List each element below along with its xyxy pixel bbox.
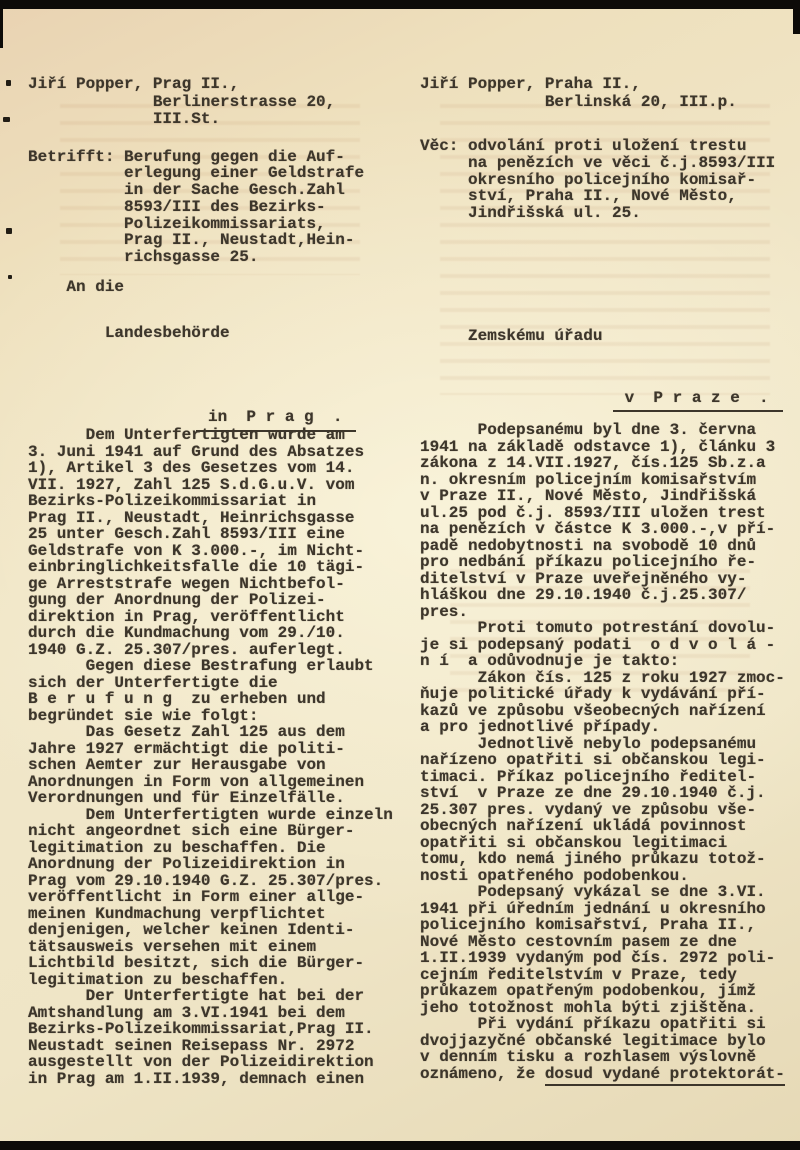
body-text-german: Dem Unterfertigten wurde am 3. Juni 1941… [28,427,400,1087]
place-heading-czech-wrap: v P r a z e . [420,372,798,394]
ink-mark [3,117,10,122]
scanned-document-page: Jiří Popper, Prag II., Berlinerstrasse 2… [0,0,800,1150]
subject-block-german: Betrifft: Berufung gegen die Auf- erlegu… [28,149,400,267]
place-heading-czech: v P r a z e . [613,390,783,413]
addressee-german: Landesbehörde [28,325,400,343]
ink-mark [6,228,12,234]
salutation-german: An die [28,279,400,297]
subject-block-czech: Věc: odvolání proti uložení trestu na pe… [420,138,798,222]
last-line-underlined-text: dosud vydané protektorát- [545,1065,785,1086]
sender-address-german: Jiří Popper, Prag II., Berlinerstrasse 2… [28,76,400,129]
body-last-line-czech: oznámeno, že dosud vydané protektorát- [420,1066,798,1083]
addressee-czech: Zemskému úřadu [420,328,798,346]
sender-address-czech: Jiří Popper, Praha II., Berlinská 20, II… [420,76,798,111]
german-column: Jiří Popper, Prag II., Berlinerstrasse 2… [28,0,400,1150]
scan-edge-top-left [0,0,3,48]
last-line-plain-text: oznámeno, že [420,1065,545,1083]
place-heading-german-wrap: in P r a g . [28,374,400,396]
ink-mark [6,80,11,86]
czech-column: Jiří Popper, Praha II., Berlinská 20, II… [420,0,798,1150]
body-text-czech: Podepsanému byl dne 3. června 1941 na zá… [420,422,798,1066]
ink-mark [8,275,12,279]
